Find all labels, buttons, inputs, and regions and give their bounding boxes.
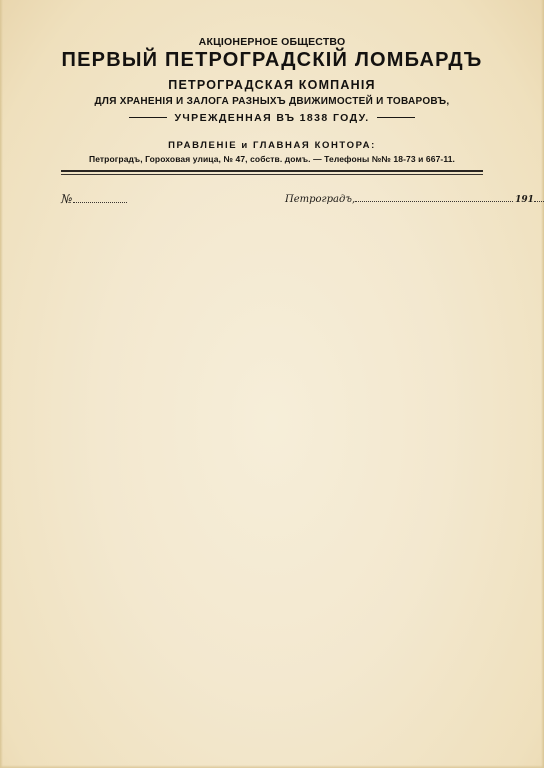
company-purpose: ДЛЯ ХРАНЕНIЯ И ЗАЛОГА РАЗНЫХЪ ДВИЖИМОСТЕ…: [0, 96, 544, 107]
document-number-field[interactable]: №: [61, 192, 127, 206]
year-blank[interactable]: [534, 193, 544, 202]
company-subtitle: ПЕТРОГРАДСКАЯ КОМПАНIЯ: [0, 78, 544, 92]
decorative-dash-right: [377, 117, 415, 118]
company-name: ПЕРВЫЙ ПЕТРОГРАДСКIЙ ЛОМБАРДЪ: [0, 49, 544, 72]
letterhead-page: АКЦIОНЕРНОЕ ОБЩЕСТВО ПЕРВЫЙ ПЕТРОГРАДСКI…: [0, 0, 544, 768]
founded-text: УЧРЕЖДЕННАЯ ВЪ 1838 ГОДУ.: [174, 112, 369, 124]
office-heading: ПРАВЛЕНIЕ и ГЛАВНАЯ КОНТОРА:: [0, 140, 544, 151]
number-label: №: [61, 192, 72, 206]
company-type: АКЦIОНЕРНОЕ ОБЩЕСТВО: [0, 36, 544, 48]
header-rule-thick: [61, 170, 483, 172]
number-blank[interactable]: [73, 194, 127, 203]
office-address: Петроградъ, Гороховая улица, № 47, собст…: [0, 154, 544, 164]
place-label: Петроградъ,: [285, 194, 355, 205]
year-prefix: 191: [515, 195, 534, 205]
date-blank[interactable]: [355, 193, 513, 202]
header-rule-thin: [61, 174, 483, 175]
decorative-dash-left: [129, 117, 167, 118]
place-date-field[interactable]: Петроградъ,191г.: [285, 193, 544, 205]
founded-line: УЧРЕЖДЕННАЯ ВЪ 1838 ГОДУ.: [0, 112, 544, 124]
